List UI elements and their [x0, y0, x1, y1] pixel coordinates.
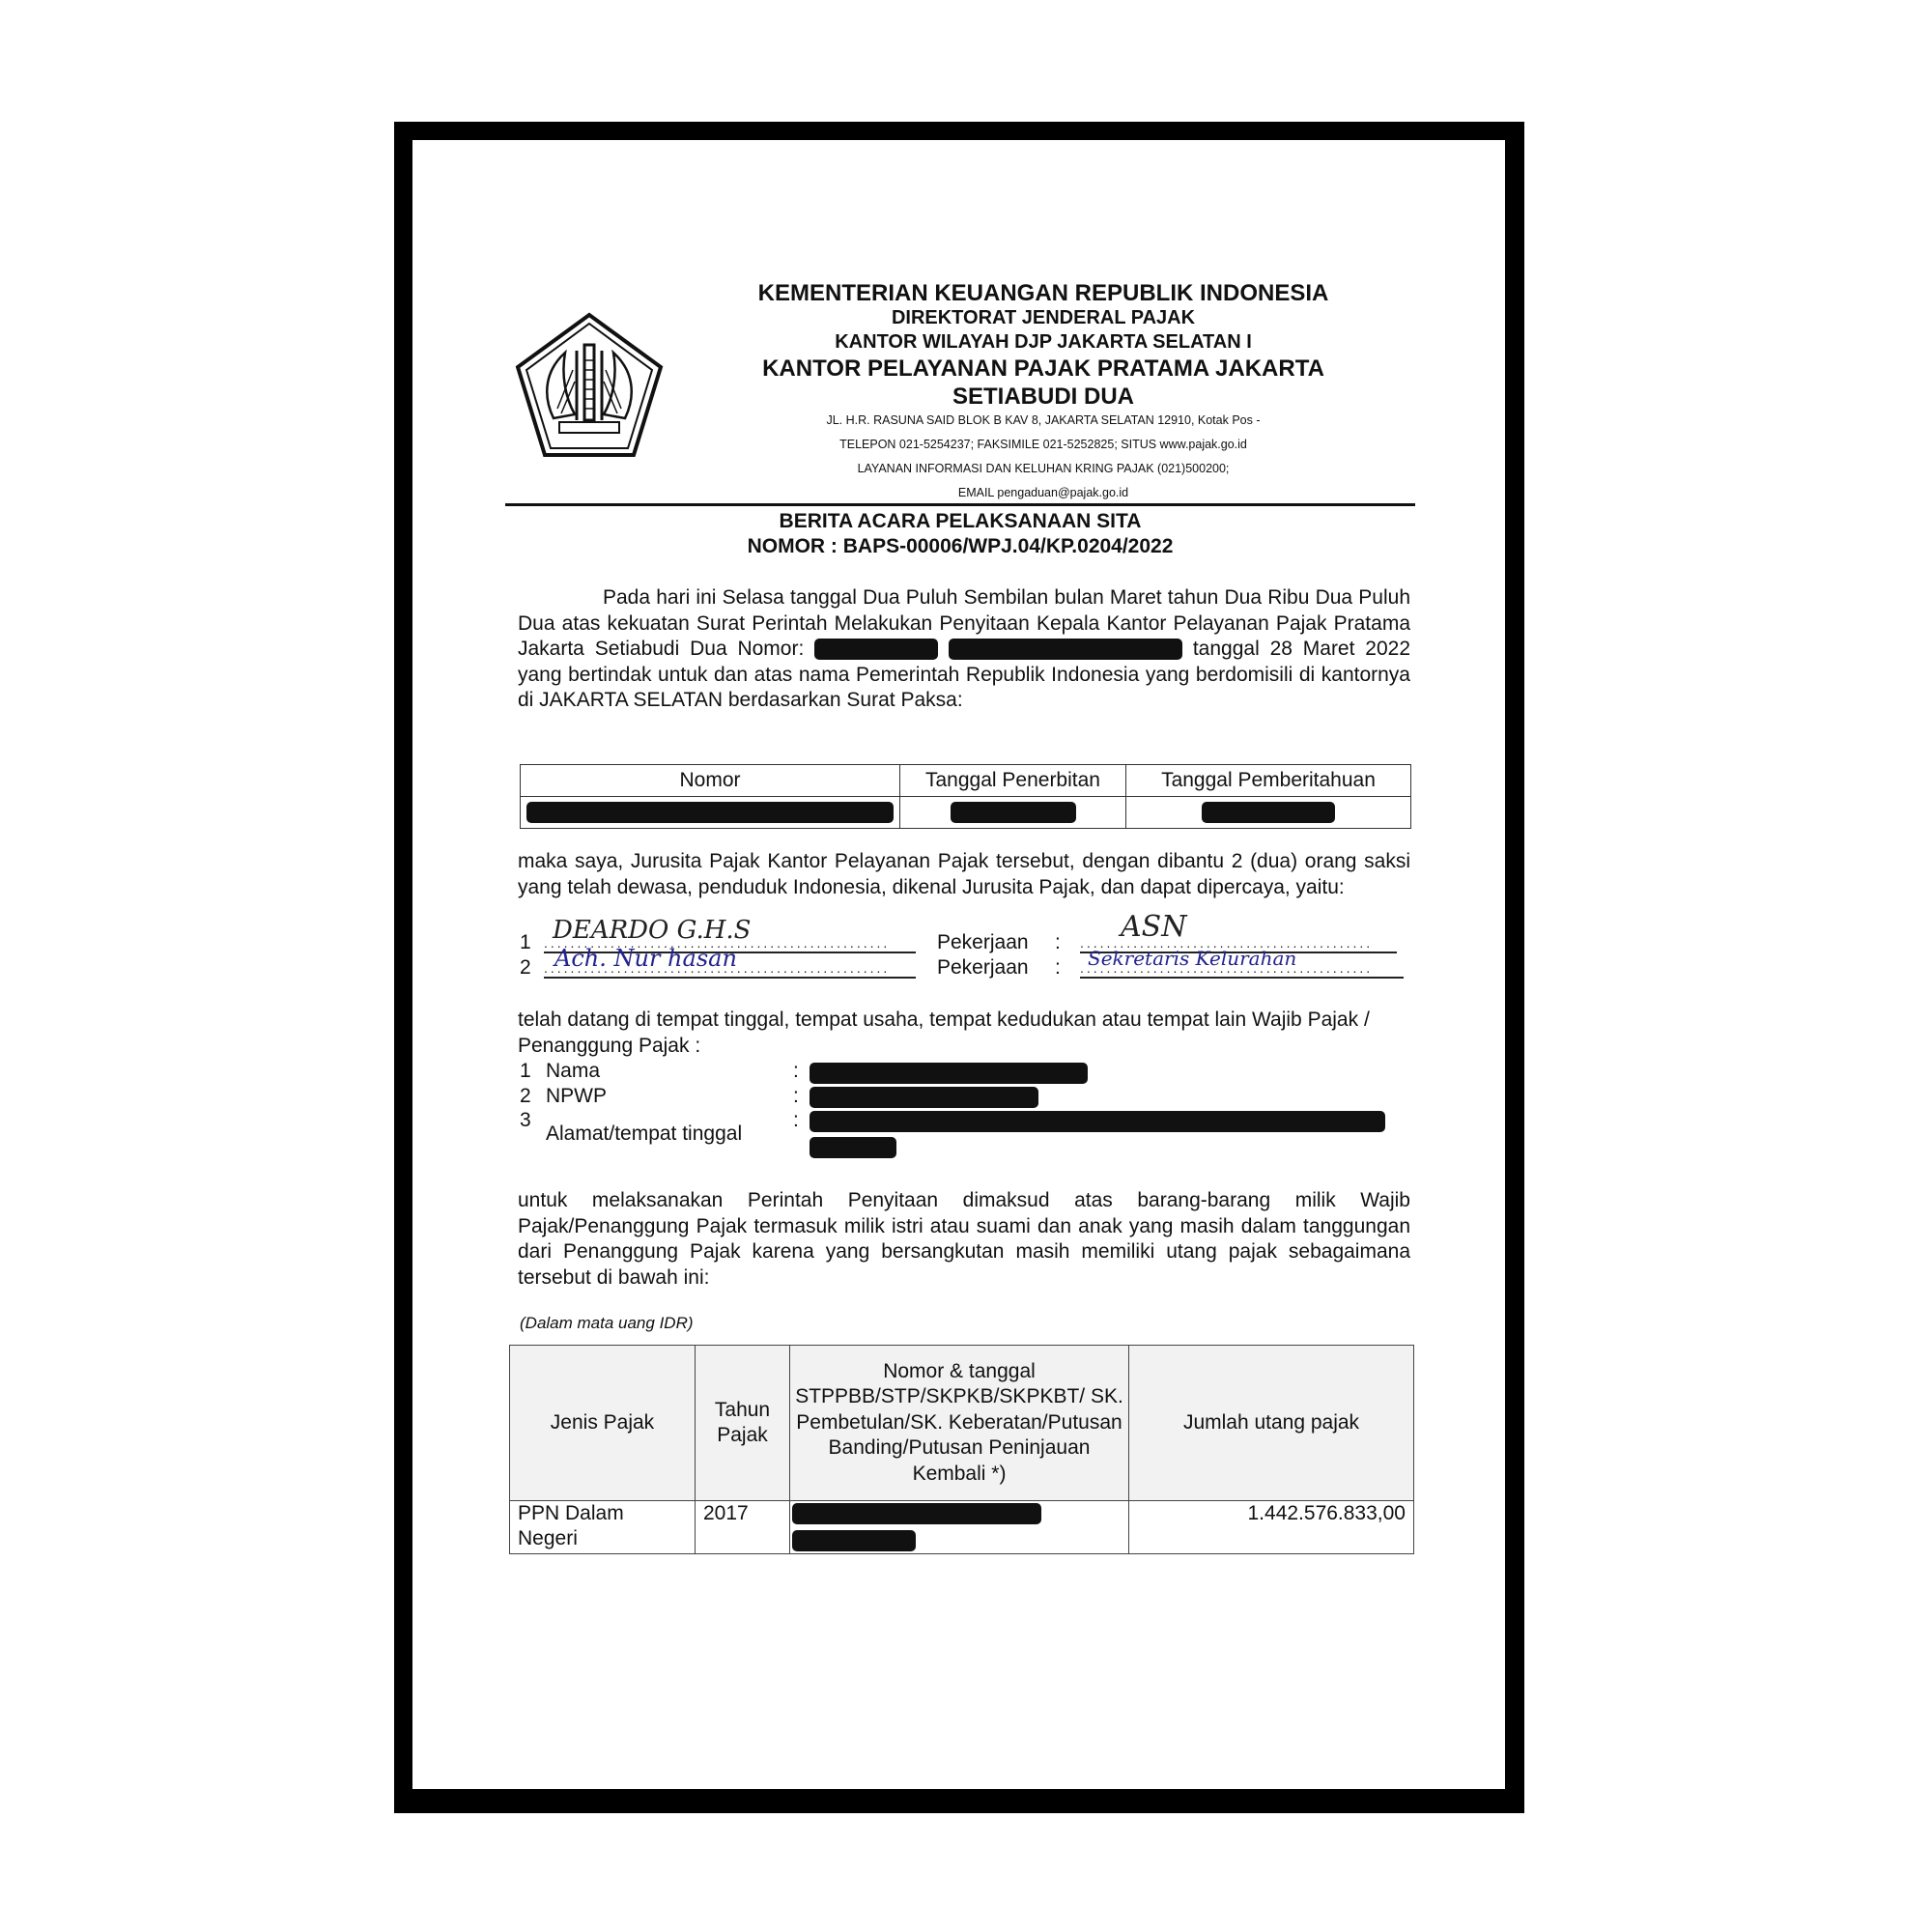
taxpayer-address-label: Alamat/tempat tinggal — [546, 1122, 742, 1146]
column-header-nomor: Nomor — [521, 765, 900, 797]
visit-paragraph: telah datang di tempat tinggal, tempat u… — [518, 1008, 1410, 1059]
redacted-taxpayer-address — [810, 1111, 1385, 1132]
taxpayer-name-number: 1 — [520, 1060, 531, 1083]
tax-debt-table: Jenis Pajak Tahun Pajak Nomor & tanggal … — [509, 1345, 1414, 1554]
witness-2-colon: : — [1055, 956, 1061, 980]
surat-paksa-table: Nomor Tanggal Penerbitan Tanggal Pemberi… — [520, 764, 1411, 829]
redacted-taxpayer-name — [810, 1063, 1088, 1084]
office-phone: TELEPON 021-5254237; FAKSIMILE 021-52528… — [676, 438, 1410, 451]
witness-1-name: DEARDO G.H.S — [553, 916, 751, 945]
cell-nomor — [521, 797, 900, 829]
redacted-skp-number-cont — [792, 1530, 916, 1551]
taxpayer-npwp-label: NPWP — [546, 1085, 607, 1108]
redacted-taxpayer-address-cont — [810, 1137, 896, 1158]
witness-1-occupation: ASN — [1121, 910, 1186, 944]
regional-office-name: KANTOR WILAYAH DJP JAKARTA SELATAN I — [676, 331, 1410, 354]
document-number: NOMOR : BAPS-00006/WPJ.04/KP.0204/2022 — [505, 535, 1415, 558]
opening-paragraph: Pada hari ini Selasa tanggal Dua Puluh S… — [518, 585, 1410, 714]
witness-2-occupation-label: Pekerjaan — [937, 956, 1029, 980]
office-email: EMAIL pengaduan@pajak.go.id — [676, 486, 1410, 499]
witness-2-number: 2 — [520, 956, 531, 980]
document-title: BERITA ACARA PELAKSANAAN SITA — [505, 510, 1415, 533]
taxpayer-address-colon: : — [793, 1109, 799, 1132]
taxpayer-address-number: 3 — [520, 1109, 531, 1132]
office-address: JL. H.R. RASUNA SAID BLOK B KAV 8, JAKAR… — [676, 413, 1410, 427]
table-row: PPN Dalam Negeri 2017 1.442.576.833,00 — [510, 1501, 1414, 1554]
table-header-row: Nomor Tanggal Penerbitan Tanggal Pemberi… — [521, 765, 1411, 797]
redacted-order-number-cont — [949, 639, 1182, 660]
redacted-taxpayer-npwp — [810, 1087, 1038, 1108]
redacted-tanggal-penerbitan — [951, 802, 1076, 823]
directorate-name: DIREKTORAT JENDERAL PAJAK — [676, 307, 1410, 329]
column-header-tahun-pajak: Tahun Pajak — [696, 1346, 790, 1501]
redacted-nomor — [526, 802, 894, 823]
witness-1-occupation-label: Pekerjaan — [937, 931, 1029, 954]
cell-tanggal-pemberitahuan — [1126, 797, 1411, 829]
taxpayer-name-colon: : — [793, 1060, 799, 1083]
witness-2-occupation: Sekretaris Kelurahan — [1088, 947, 1296, 970]
cell-jumlah-utang: 1.442.576.833,00 — [1129, 1501, 1414, 1554]
table-header-row: Jenis Pajak Tahun Pajak Nomor & tanggal … — [510, 1346, 1414, 1501]
witness-2-name: Ach. Nur hasan — [554, 945, 737, 972]
tax-office-name-cont: SETIABUDI DUA — [676, 384, 1410, 411]
taxpayer-name-label: Nama — [546, 1060, 600, 1083]
currency-note: (Dalam mata uang IDR) — [520, 1314, 694, 1333]
office-service-line: LAYANAN INFORMASI DAN KELUHAN KRING PAJA… — [676, 462, 1410, 475]
tax-office-name: KANTOR PELAYANAN PAJAK PRATAMA JAKARTA — [676, 355, 1410, 383]
seizure-paragraph: untuk melaksanakan Perintah Penyitaan di… — [518, 1188, 1410, 1291]
taxpayer-npwp-number: 2 — [520, 1085, 531, 1108]
ministry-name: KEMENTERIAN KEUANGAN REPUBLIK INDONESIA — [676, 280, 1410, 307]
redacted-order-number — [814, 639, 938, 660]
witness-paragraph: maka saya, Jurusita Pajak Kantor Pelayan… — [518, 849, 1410, 900]
cell-jenis-pajak: PPN Dalam Negeri — [510, 1501, 696, 1554]
column-header-jenis-pajak: Jenis Pajak — [510, 1346, 696, 1501]
cell-nomor-tanggal — [790, 1501, 1129, 1554]
redacted-tanggal-pemberitahuan — [1202, 802, 1335, 823]
letterhead-divider — [505, 503, 1415, 506]
column-header-jumlah-utang: Jumlah utang pajak — [1129, 1346, 1414, 1501]
witness-1-number: 1 — [520, 931, 531, 954]
column-header-nomor-tanggal: Nomor & tanggal STPPBB/STP/SKPKB/SKPKBT/… — [790, 1346, 1129, 1501]
table-row — [521, 797, 1411, 829]
witness-1-colon: : — [1055, 931, 1061, 954]
kemenkeu-emblem-icon — [515, 312, 664, 459]
cell-tanggal-penerbitan — [900, 797, 1126, 829]
cell-tahun-pajak: 2017 — [696, 1501, 790, 1554]
redacted-skp-number — [792, 1503, 1041, 1524]
taxpayer-npwp-colon: : — [793, 1085, 799, 1108]
column-header-tanggal-penerbitan: Tanggal Penerbitan — [900, 765, 1126, 797]
column-header-tanggal-pemberitahuan: Tanggal Pemberitahuan — [1126, 765, 1411, 797]
